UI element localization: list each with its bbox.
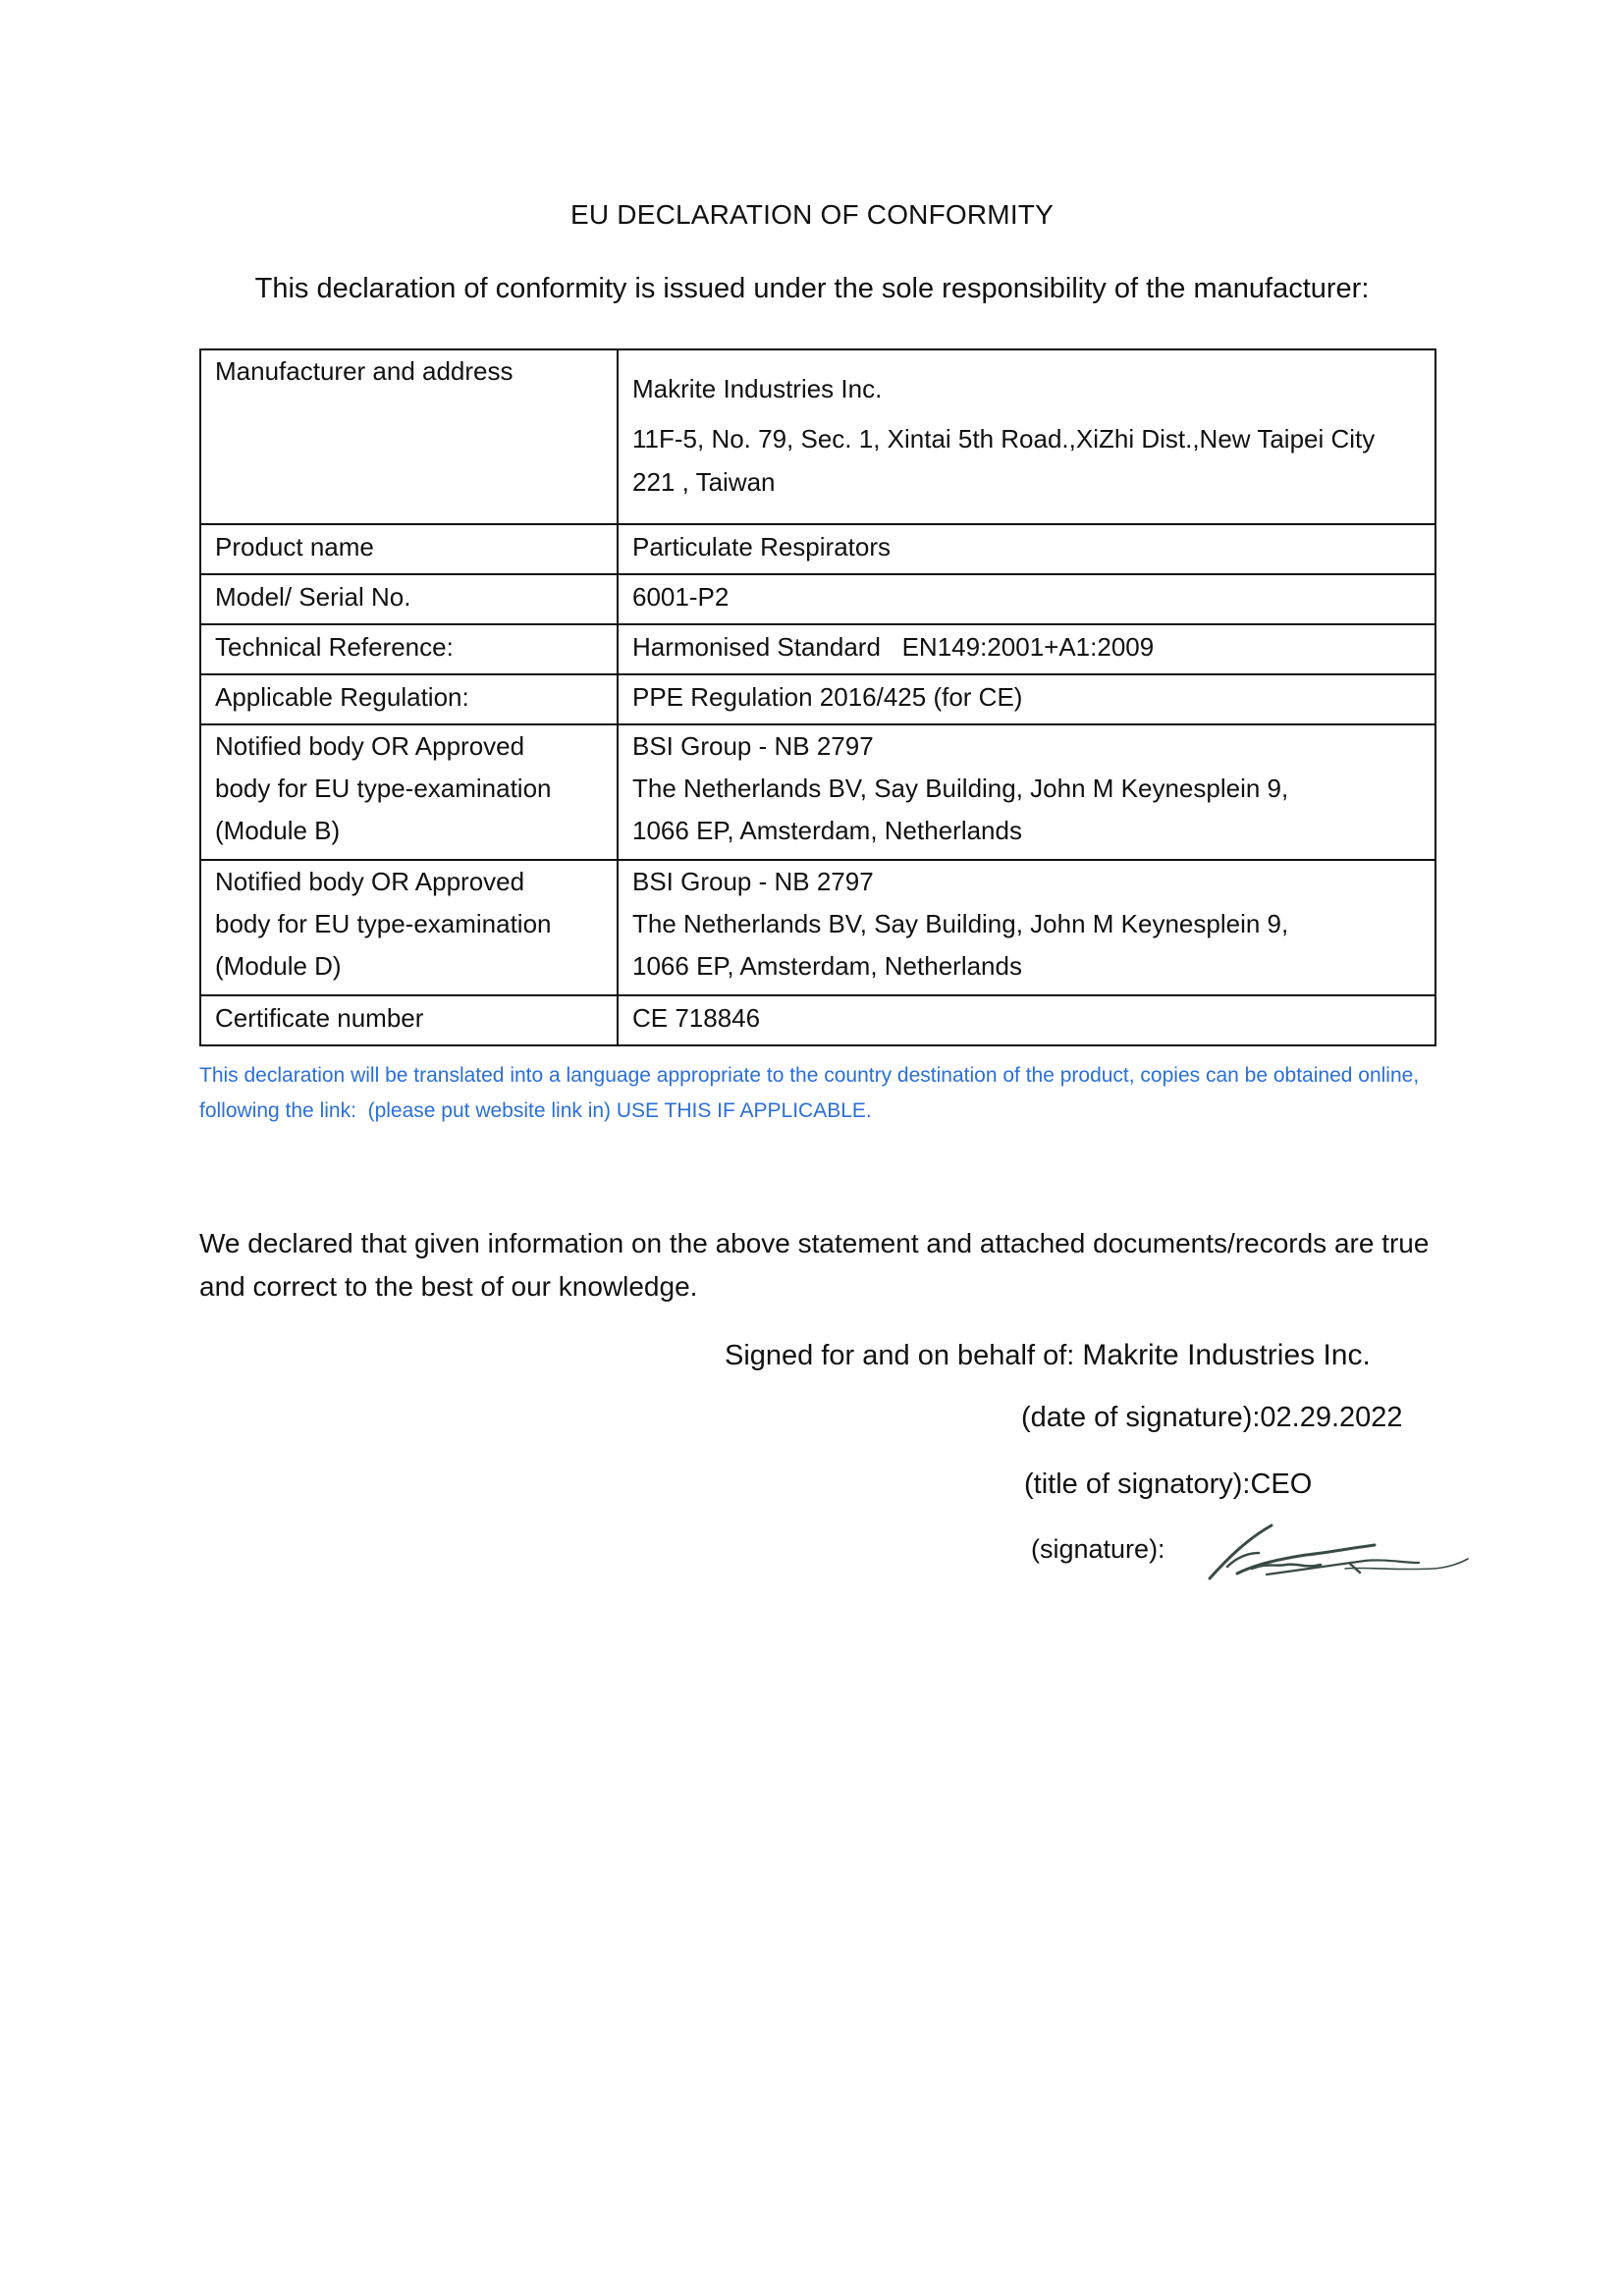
technical-reference-value: Harmonised Standard EN149:2001+A1:2009 <box>632 625 1421 669</box>
translation-note: This declaration will be translated into… <box>199 1058 1436 1129</box>
table-row-regulation: Applicable Regulation: PPE Regulation 20… <box>200 674 1435 724</box>
module-d-value: BSI Group - NB 2797 The Netherlands BV, … <box>618 860 1435 995</box>
declaration-statement: We declared that given information on th… <box>199 1222 1436 1308</box>
certificate-value: CE 718846 <box>632 996 1421 1041</box>
signed-prefix: Signed for and on behalf of: <box>725 1340 1082 1371</box>
manufacturer-label: Manufacturer and address <box>200 349 618 524</box>
table-row-product-name: Product name Particulate Respirators <box>200 524 1435 574</box>
module-b-label: Notified body OR Approved body for EU ty… <box>200 724 618 860</box>
manufacturer-address: 11F-5, No. 79, Sec. 1, Xintai 5th Road.,… <box>632 417 1421 504</box>
table-row-module-b: Notified body OR Approved body for EU ty… <box>200 724 1435 860</box>
technical-reference-label: Technical Reference: <box>215 625 603 669</box>
manufacturer-name: Makrite Industries Inc. <box>632 364 1421 413</box>
conformity-table: Manufacturer and address Makrite Industr… <box>199 348 1436 1046</box>
handwritten-signature <box>1198 1520 1473 1588</box>
signature-label: (signature): <box>1031 1534 1165 1565</box>
module-d-label-line: Notified body OR Approved <box>215 861 603 903</box>
document-title: EU DECLARATION OF CONFORMITY <box>0 199 1624 231</box>
module-d-label-line: body for EU type-examination <box>215 903 603 945</box>
table-row-manufacturer: Manufacturer and address Makrite Industr… <box>200 349 1435 524</box>
module-d-label-line: (Module D) <box>215 945 603 988</box>
module-d-value-line: BSI Group - NB 2797 <box>632 861 1421 903</box>
intro-statement: This declaration of conformity is issued… <box>0 273 1624 305</box>
signed-on-behalf: Signed for and on behalf of: Makrite Ind… <box>725 1339 1371 1372</box>
table-row-module-d: Notified body OR Approved body for EU ty… <box>200 860 1435 995</box>
model-label: Model/ Serial No. <box>215 575 603 619</box>
table-row-certificate: Certificate number CE 718846 <box>200 995 1435 1045</box>
module-b-label-line: Notified body OR Approved <box>215 725 603 768</box>
table-row-model: Model/ Serial No. 6001-P2 <box>200 574 1435 624</box>
product-name-value: Particulate Respirators <box>632 525 1421 569</box>
certificate-label: Certificate number <box>215 996 603 1041</box>
manufacturer-value: Makrite Industries Inc. 11F-5, No. 79, S… <box>618 349 1435 524</box>
table-row-technical-reference: Technical Reference: Harmonised Standard… <box>200 624 1435 674</box>
manufacturer-label-text: Manufacturer and address <box>215 350 603 393</box>
module-b-label-line: (Module B) <box>215 810 603 852</box>
module-b-value-line: 1066 EP, Amsterdam, Netherlands <box>632 810 1421 852</box>
module-d-value-line: The Netherlands BV, Say Building, John M… <box>632 903 1421 945</box>
module-d-value-line: 1066 EP, Amsterdam, Netherlands <box>632 945 1421 988</box>
regulation-value: PPE Regulation 2016/425 (for CE) <box>632 675 1421 720</box>
signatory-title: (title of signatory):CEO <box>1024 1468 1312 1501</box>
module-b-value-line: The Netherlands BV, Say Building, John M… <box>632 768 1421 810</box>
product-name-label: Product name <box>215 525 603 569</box>
signed-company: Makrite Industries Inc. <box>1082 1339 1370 1371</box>
module-b-value-line: BSI Group - NB 2797 <box>632 725 1421 768</box>
regulation-label: Applicable Regulation: <box>215 675 603 720</box>
module-b-label-line: body for EU type-examination <box>215 768 603 810</box>
module-b-value: BSI Group - NB 2797 The Netherlands BV, … <box>618 724 1435 860</box>
signature-date: (date of signature):02.29.2022 <box>1021 1402 1403 1434</box>
module-d-label: Notified body OR Approved body for EU ty… <box>200 860 618 995</box>
model-value: 6001-P2 <box>632 575 1421 619</box>
